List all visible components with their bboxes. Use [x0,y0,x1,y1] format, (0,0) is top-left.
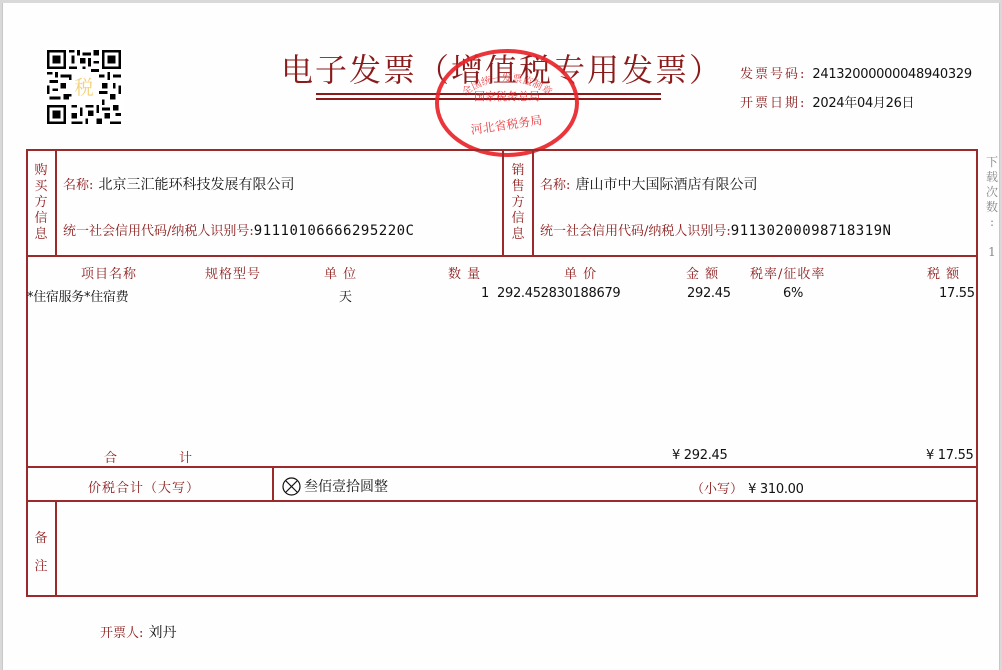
seller-tax-id-row: 统一社会信用代码/纳税人识别号:91130200098718319N [540,220,891,239]
grand-total-label: 价税合计（大写） [88,477,200,496]
seller-tax-id: 91130200098718319N [731,223,892,239]
grand-total-small-label: （小写） [691,482,743,497]
column-header-item-name: 项目名称 [81,263,137,282]
buyer-name: 北京三汇能环科技发展有限公司 [98,177,294,193]
invoice-page: 税 电子发票（增值税专用发票） 全国统一发票监制章 国家税务总局 河北省税务局 … [2,3,1000,670]
issuer-label: 开票人: [100,626,143,641]
column-header-tax-rate: 税率/征收率 [750,263,825,282]
seller-name: 唐山市中大国际酒店有限公司 [575,177,757,193]
buyer-tax-id-row: 统一社会信用代码/纳税人识别号:91110106666295220C [63,220,414,239]
svg-text:国家税务总局: 国家税务总局 [474,89,540,103]
divider [26,466,978,468]
official-seal: 全国统一发票监制章 国家税务总局 河北省税务局 [433,47,581,159]
issuer-row: 开票人: 刘丹 [100,622,176,642]
seller-tax-id-label: 统一社会信用代码/纳税人识别号: [540,224,731,239]
item-tax: 17.55 [939,286,975,301]
remarks-label: 备注 [27,525,55,581]
column-header-unit-price: 单 价 [564,263,597,282]
column-header-spec: 规格型号 [205,263,261,282]
seller-name-row: 名称: 唐山市中大国际酒店有限公司 [540,174,757,194]
grand-total-words: 叁佰壹拾圆整 [304,476,388,496]
seller-name-label: 名称: [540,178,570,193]
column-header-unit: 单 位 [324,263,357,282]
invoice-number-row: 发票号码: 24132000000048940329 [740,63,972,82]
buyer-name-row: 名称: 北京三汇能环科技发展有限公司 [63,174,294,194]
total-tax: ¥ 17.55 [926,448,974,463]
buyer-tax-id: 91110106666295220C [254,223,415,239]
remarks-content [63,508,968,592]
divider [272,466,274,502]
column-header-quantity: 数 量 [448,263,481,282]
grand-total-figure-row: （小写） ¥ 310.00 [691,478,804,497]
column-header-amount: 金 额 [686,263,719,282]
divider [55,500,57,597]
qr-code: 税 [43,47,125,127]
circled-x-icon [282,477,301,496]
invoice-date-label: 开票日期: [740,92,806,111]
svg-text:税: 税 [74,76,93,99]
grand-total-words-row: 叁佰壹拾圆整 [282,476,388,496]
column-header-tax: 税 额 [927,263,960,282]
divider [26,500,978,502]
item-quantity: 1 [481,286,489,301]
divider [26,255,978,257]
buyer-name-label: 名称: [63,178,93,193]
total-amount: ¥ 292.45 [672,448,728,463]
item-amount: 292.45 [687,286,731,301]
divider [532,149,534,257]
svg-text:河北省税务局: 河北省税务局 [470,112,543,137]
item-unit: 天 [339,286,352,305]
buyer-section-label: 购买方信息 [27,163,55,243]
invoice-number: 24132000000048940329 [812,67,971,82]
download-count: 下载次数: 1 [985,155,999,260]
issuer-name: 刘丹 [148,625,176,641]
grand-total-figure: ¥ 310.00 [748,482,804,497]
invoice-date: 2024年04月26日 [812,92,914,111]
total-label-left: 合 [104,447,117,466]
item-unit-price: 292.452830188679 [497,286,620,301]
item-name: *住宿服务*住宿费 [27,286,128,305]
buyer-tax-id-label: 统一社会信用代码/纳税人识别号: [63,224,254,239]
invoice-number-label: 发票号码: [740,63,806,82]
total-label-right: 计 [179,447,192,466]
seller-section-label: 销售方信息 [504,163,532,243]
divider [55,149,57,257]
invoice-date-row: 开票日期: 2024年04月26日 [740,92,914,111]
item-tax-rate: 6% [783,286,803,301]
